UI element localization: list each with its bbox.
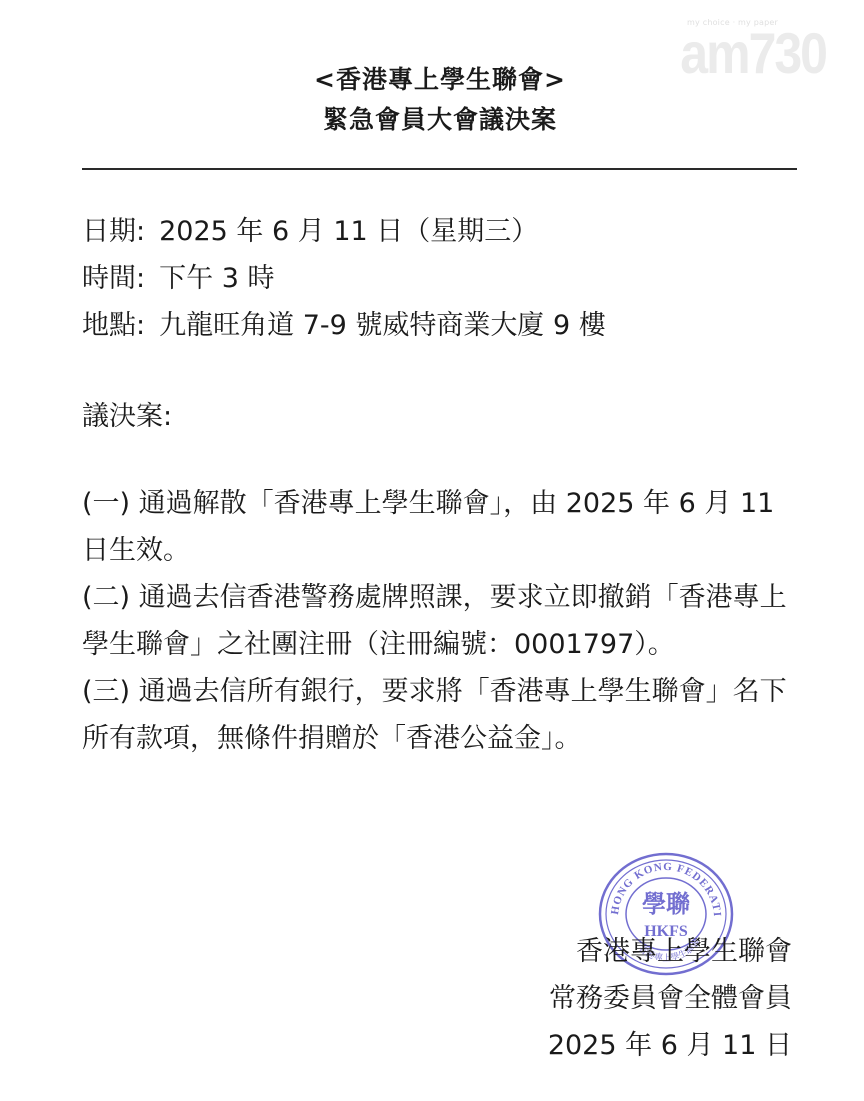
resolution-number: (一) <box>82 488 130 519</box>
resolution-list: (一) 通過解散「香港專上學生聯會」，由 2025 年 6 月 11 日生效。 … <box>82 480 794 762</box>
header-divider <box>82 168 797 170</box>
resolution-text: 通過解散「香港專上學生聯會」，由 2025 年 6 月 11 日生效。 <box>82 488 774 566</box>
location-row: 地點:九龍旺角道 7-9 號威特商業大廈 9 樓 <box>82 302 606 349</box>
meeting-info: 日期:2025 年 6 月 11 日（星期三） 時間:下午 3 時 地點:九龍旺… <box>82 208 606 349</box>
document-title: <香港專上學生聯會> <box>0 60 864 100</box>
resolution-number: (三) <box>82 676 130 707</box>
document-header: <香港專上學生聯會> 緊急會員大會議決案 <box>0 60 864 140</box>
signature-block: 香港專上學生聯會 常務委員會全體會員 2025 年 6 月 11 日 <box>548 928 792 1069</box>
document-subtitle: 緊急會員大會議決案 <box>0 100 864 140</box>
time-value: 下午 3 時 <box>159 263 274 294</box>
resolution-item: (一) 通過解散「香港專上學生聯會」，由 2025 年 6 月 11 日生效。 <box>82 480 794 574</box>
signature-signatory: 常務委員會全體會員 <box>548 975 792 1022</box>
time-row: 時間:下午 3 時 <box>82 255 606 302</box>
date-value: 2025 年 6 月 11 日（星期三） <box>159 216 538 247</box>
resolution-item: (三) 通過去信所有銀行，要求將「香港專上學生聯會」名下所有款項，無條件捐贈於「… <box>82 668 794 762</box>
time-label: 時間: <box>82 263 145 294</box>
date-label: 日期: <box>82 216 145 247</box>
svg-text:學聯: 學聯 <box>641 889 691 918</box>
resolution-text: 通過去信香港警務處牌照課，要求立即撤銷「香港專上學生聯會」之社團注冊（注冊編號：… <box>82 582 787 660</box>
resolutions-heading: 議決案: <box>82 393 172 440</box>
location-value: 九龍旺角道 7-9 號威特商業大廈 9 樓 <box>159 310 606 341</box>
location-label: 地點: <box>82 310 145 341</box>
signature-organization: 香港專上學生聯會 <box>548 928 792 975</box>
resolution-number: (二) <box>82 582 130 613</box>
resolution-item: (二) 通過去信香港警務處牌照課，要求立即撤銷「香港專上學生聯會」之社團注冊（注… <box>82 574 794 668</box>
resolution-text: 通過去信所有銀行，要求將「香港專上學生聯會」名下所有款項，無條件捐贈於「香港公益… <box>82 676 787 754</box>
date-row: 日期:2025 年 6 月 11 日（星期三） <box>82 208 606 255</box>
signature-date: 2025 年 6 月 11 日 <box>548 1022 792 1069</box>
